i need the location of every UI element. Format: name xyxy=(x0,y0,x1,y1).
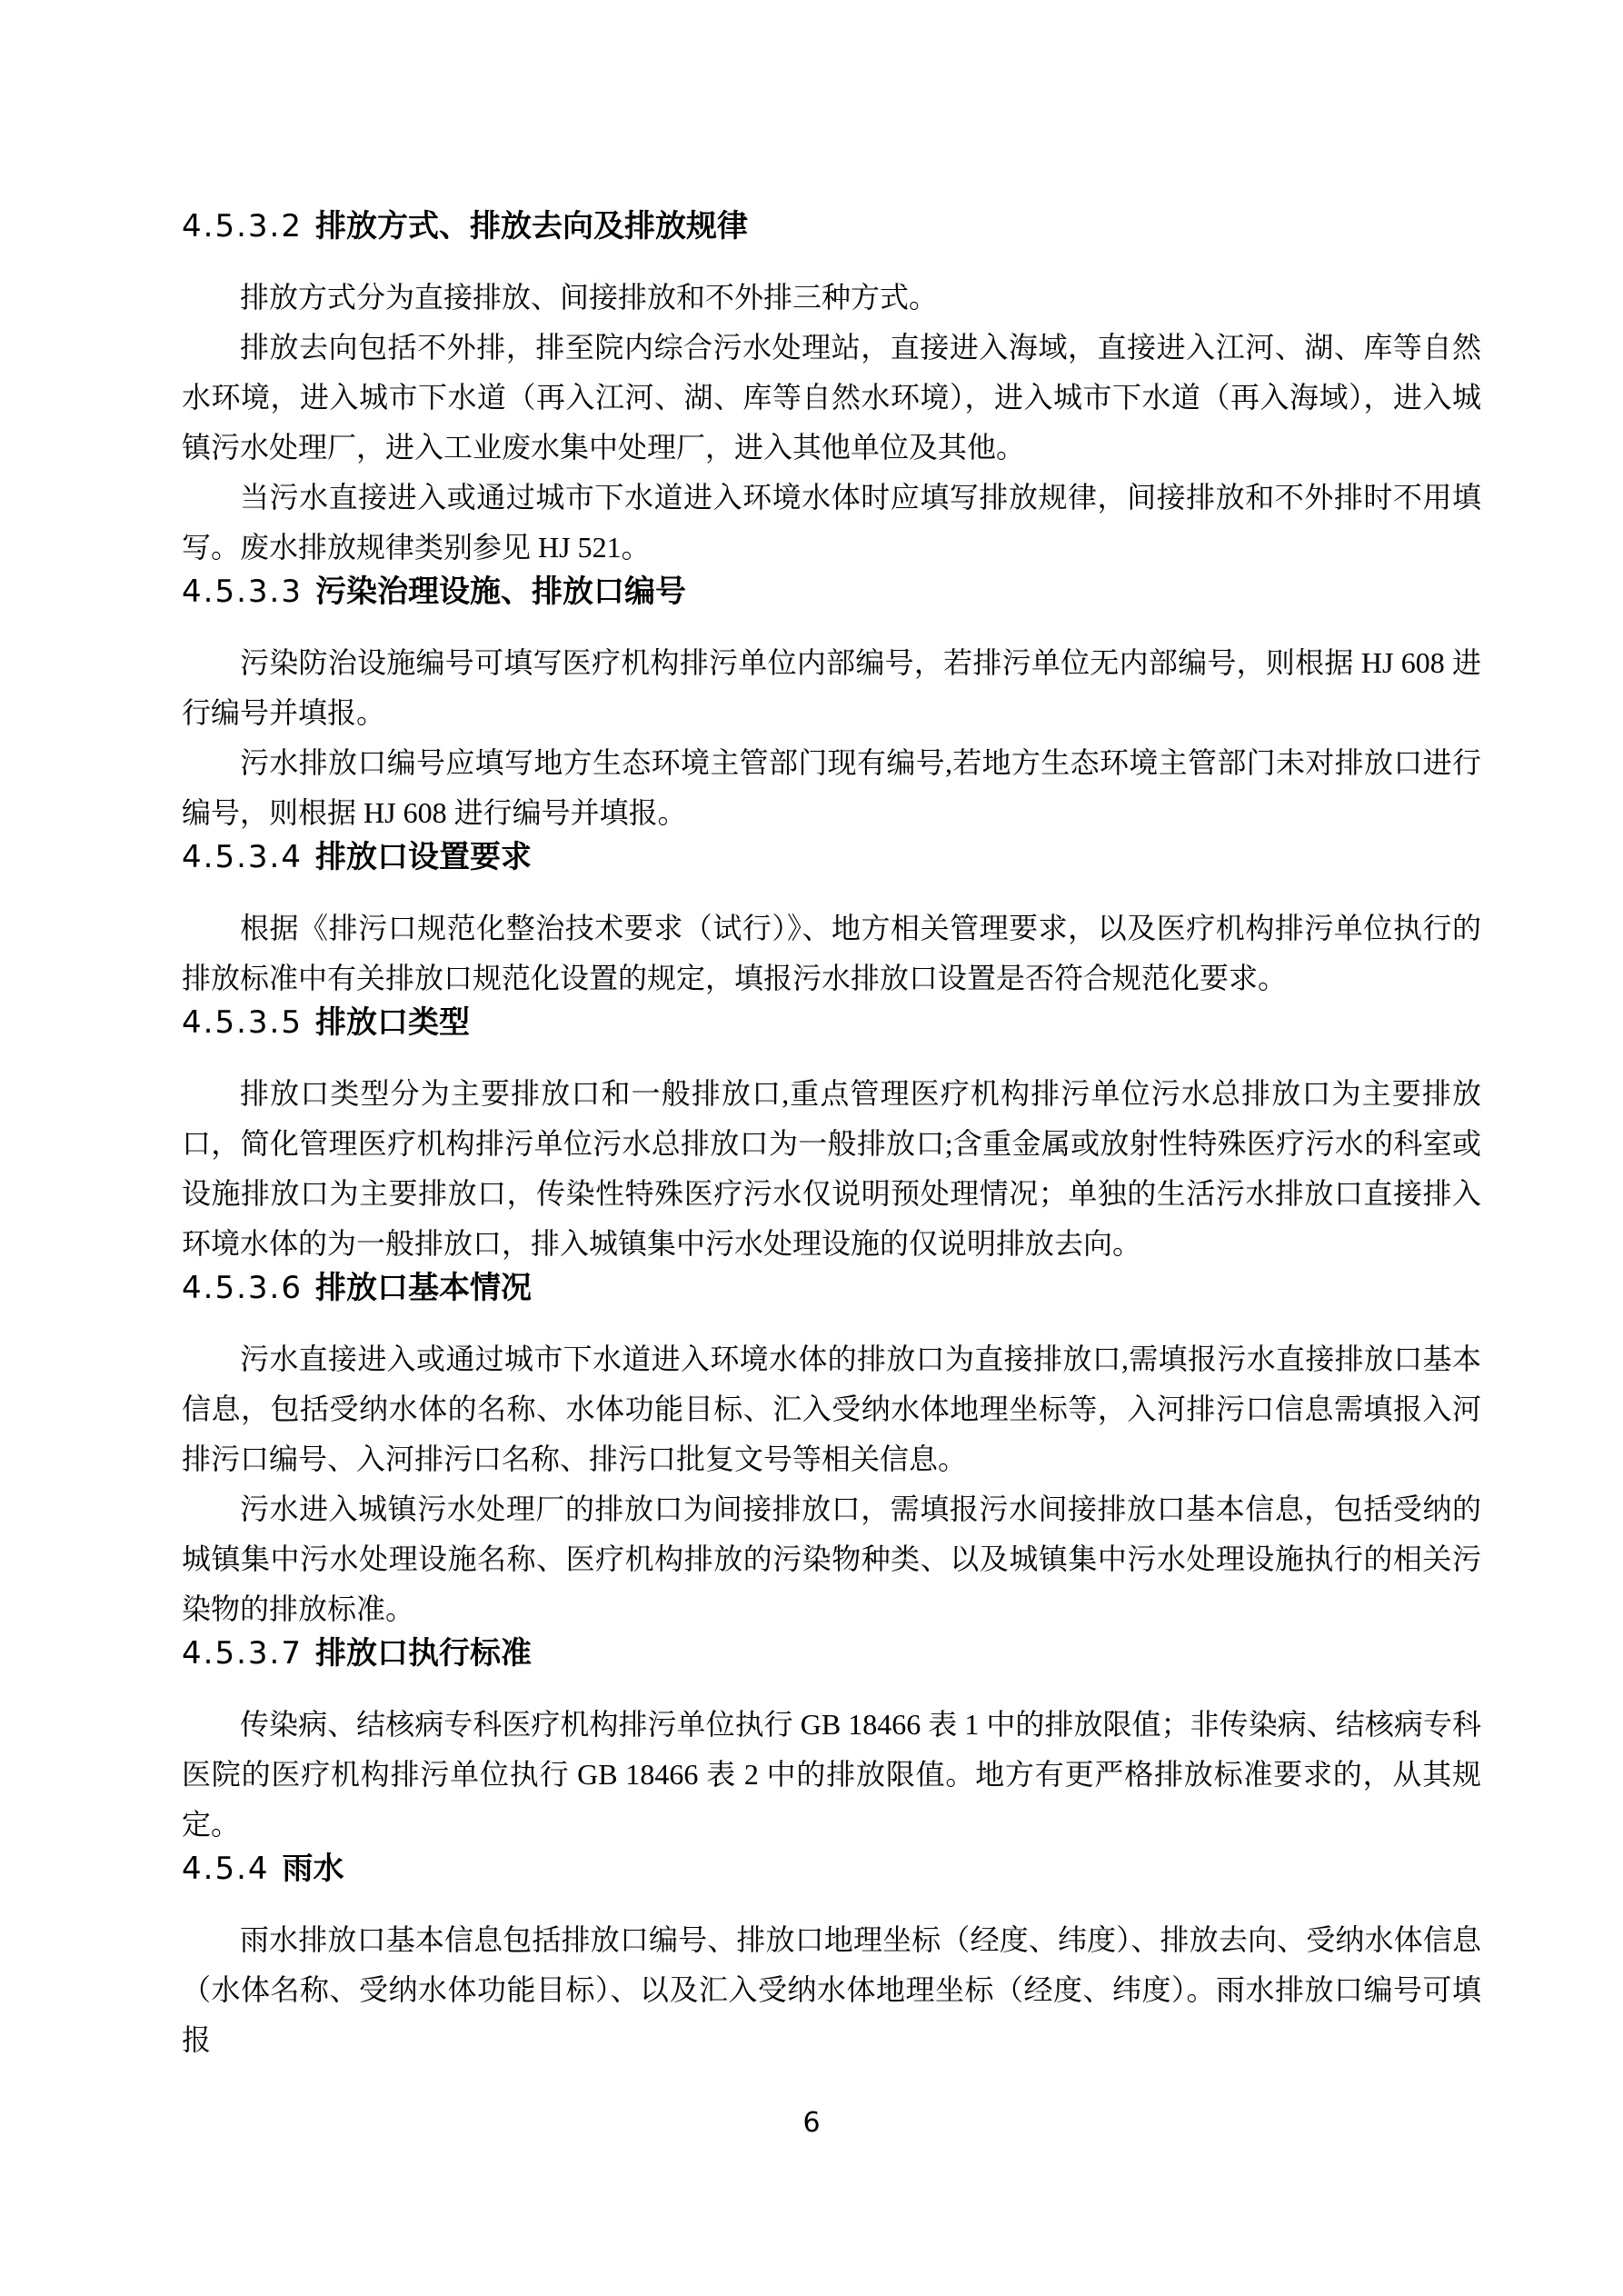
paragraph: 传染病、结核病专科医疗机构排污单位执行 GB 18466 表 1 中的排放限值；… xyxy=(182,1700,1481,1850)
heading-title: 污染治理设施、排放口编号 xyxy=(315,574,686,610)
paragraph: 排放去向包括不外排，排至院内综合污水处理站，直接进入海域，直接进入江河、湖、库等… xyxy=(182,323,1481,473)
paragraph: 污水排放口编号应填写地方生态环境主管部门现有编号,若地方生态环境主管部门未对排放… xyxy=(182,738,1481,838)
heading-number: 4.5.3.7 xyxy=(182,1635,303,1672)
section-heading: 4.5.3.2排放方式、排放去向及排放规律 xyxy=(182,207,1481,245)
section-4-5-3-2: 4.5.3.2排放方式、排放去向及排放规律 排放方式分为直接排放、间接排放和不外… xyxy=(182,207,1481,573)
paragraph: 污染防治设施编号可填写医疗机构排污单位内部编号，若排污单位无内部编号，则根据 H… xyxy=(182,638,1481,738)
paragraph: 雨水排放口基本信息包括排放口编号、排放口地理坐标（经度、纬度）、排放去向、受纳水… xyxy=(182,1915,1481,2065)
heading-title: 排放口设置要求 xyxy=(315,839,532,875)
heading-number: 4.5.3.4 xyxy=(182,839,303,875)
section-heading: 4.5.3.7排放口执行标准 xyxy=(182,1634,1481,1672)
heading-number: 4.5.3.6 xyxy=(182,1270,303,1306)
paragraph: 污水直接进入或通过城市下水道进入环境水体的排放口为直接排放口,需填报污水直接排放… xyxy=(182,1334,1481,1484)
heading-title: 雨水 xyxy=(283,1851,344,1887)
section-4-5-3-5: 4.5.3.5排放口类型 排放口类型分为主要排放口和一般排放口,重点管理医疗机构… xyxy=(182,1003,1481,1269)
paragraph: 根据《排污口规范化整治技术要求（试行）》、地方相关管理要求，以及医疗机构排污单位… xyxy=(182,903,1481,1003)
paragraph: 排放口类型分为主要排放口和一般排放口,重点管理医疗机构排污单位污水总排放口为主要… xyxy=(182,1069,1481,1269)
section-heading: 4.5.4雨水 xyxy=(182,1850,1481,1888)
section-4-5-3-4: 4.5.3.4排放口设置要求 根据《排污口规范化整治技术要求（试行）》、地方相关… xyxy=(182,838,1481,1003)
paragraph: 排放方式分为直接排放、间接排放和不外排三种方式。 xyxy=(182,273,1481,323)
paragraph: 当污水直接进入或通过城市下水道进入环境水体时应填写排放规律，间接排放和不外排时不… xyxy=(182,473,1481,573)
heading-title: 排放口执行标准 xyxy=(315,1635,532,1672)
heading-number: 4.5.3.3 xyxy=(182,574,303,610)
section-4-5-3-3: 4.5.3.3污染治理设施、排放口编号 污染防治设施编号可填写医疗机构排污单位内… xyxy=(182,573,1481,838)
heading-number: 4.5.4 xyxy=(182,1851,270,1887)
heading-number: 4.5.3.5 xyxy=(182,1004,303,1041)
document-page: 4.5.3.2排放方式、排放去向及排放规律 排放方式分为直接排放、间接排放和不外… xyxy=(0,0,1623,2296)
page-number: 6 xyxy=(0,2107,1623,2139)
paragraph: 污水进入城镇污水处理厂的排放口为间接排放口，需填报污水间接排放口基本信息，包括受… xyxy=(182,1484,1481,1634)
heading-title: 排放口基本情况 xyxy=(315,1270,532,1306)
heading-number: 4.5.3.2 xyxy=(182,208,303,245)
section-4-5-3-7: 4.5.3.7排放口执行标准 传染病、结核病专科医疗机构排污单位执行 GB 18… xyxy=(182,1634,1481,1850)
section-4-5-3-6: 4.5.3.6排放口基本情况 污水直接进入或通过城市下水道进入环境水体的排放口为… xyxy=(182,1269,1481,1634)
section-heading: 4.5.3.4排放口设置要求 xyxy=(182,838,1481,876)
document-content: 4.5.3.2排放方式、排放去向及排放规律 排放方式分为直接排放、间接排放和不外… xyxy=(182,207,1481,2065)
section-heading: 4.5.3.6排放口基本情况 xyxy=(182,1269,1481,1307)
section-heading: 4.5.3.5排放口类型 xyxy=(182,1003,1481,1042)
heading-title: 排放方式、排放去向及排放规律 xyxy=(315,208,748,245)
heading-title: 排放口类型 xyxy=(315,1004,470,1041)
section-heading: 4.5.3.3污染治理设施、排放口编号 xyxy=(182,573,1481,611)
section-4-5-4: 4.5.4雨水 雨水排放口基本信息包括排放口编号、排放口地理坐标（经度、纬度）、… xyxy=(182,1850,1481,2065)
